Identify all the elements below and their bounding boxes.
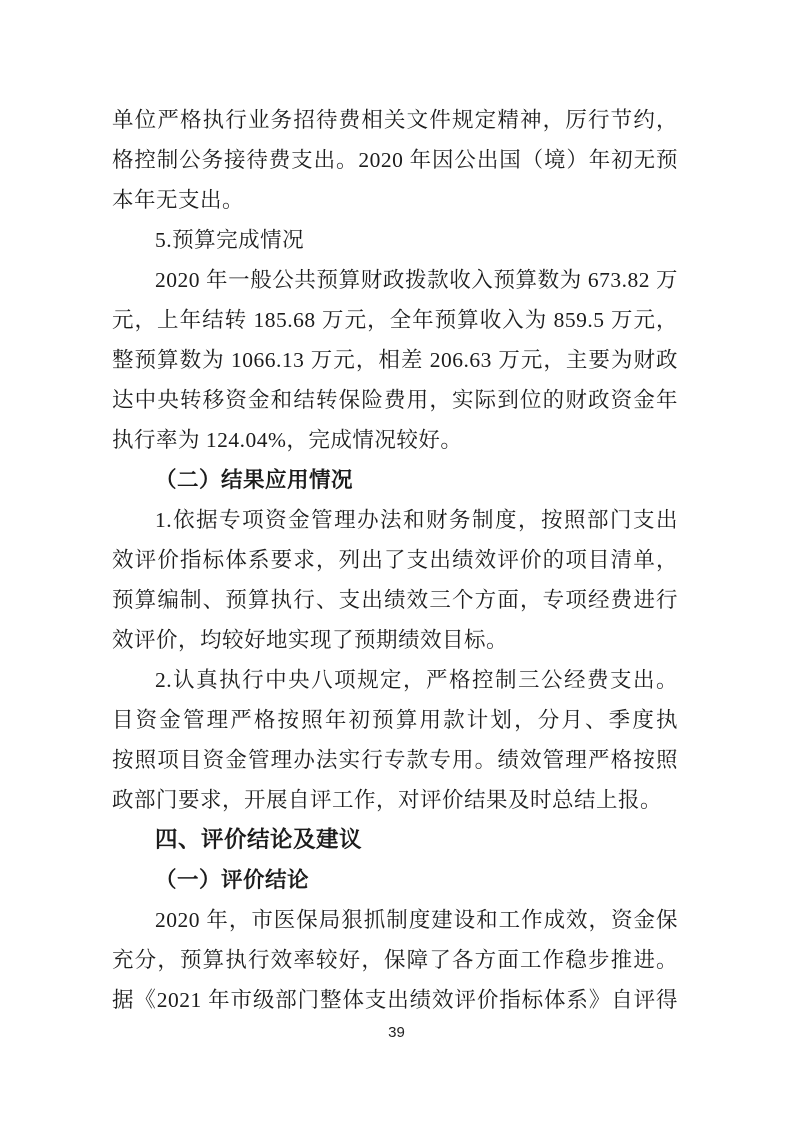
document-page: 单位严格执行业务招待费相关文件规定精神，厉行节约，严格控制公务接待费支出。202…: [0, 0, 793, 1122]
text-line: 效评价指标体系要求，列出了支出绩效评价的项目清单，从: [112, 540, 678, 580]
text-line: 2020 年，市医保局狠抓制度建设和工作成效，资金保障: [112, 900, 678, 940]
text-line: 整预算数为 1066.13 万元，相差 206.63 万元，主要为财政下: [112, 340, 678, 380]
text-line: 本年无支出。: [112, 180, 678, 220]
text-line: 2020 年一般公共预算财政拨款收入预算数为 673.82 万: [112, 260, 678, 300]
page-number: 39: [0, 1022, 793, 1044]
text-line: 据《2021 年市级部门整体支出绩效评价指标体系》自评得分: [112, 980, 678, 1020]
text-line: 元，上年结转 185.68 万元，全年预算收入为 859.5 万元，调: [112, 300, 678, 340]
text-line: 5.预算完成情况: [112, 220, 678, 260]
text-line: 单位严格执行业务招待费相关文件规定精神，厉行节约，严: [112, 100, 678, 140]
text-line: 充分，预算执行效率较好，保障了各方面工作稳步推进。根: [112, 940, 678, 980]
text-block: 单位严格执行业务招待费相关文件规定精神，厉行节约，严格控制公务接待费支出。202…: [112, 100, 678, 1020]
text-line: 四、评价结论及建议: [112, 820, 678, 860]
text-line: 预算编制、预算执行、支出绩效三个方面，专项经费进行绩: [112, 580, 678, 620]
text-line: （二）结果应用情况: [112, 460, 678, 500]
text-line: 格控制公务接待费支出。2020 年因公出国（境）年初无预算，: [112, 140, 678, 180]
text-line: 执行率为 124.04%，完成情况较好。: [112, 420, 678, 460]
text-line: 按照项目资金管理办法实行专款专用。绩效管理严格按照财: [112, 740, 678, 780]
text-line: 效评价，均较好地实现了预期绩效目标。: [112, 620, 678, 660]
text-line: （一）评价结论: [112, 860, 678, 900]
text-line: 2.认真执行中央八项规定，严格控制三公经费支出。项: [112, 660, 678, 700]
text-line: 1.依据专项资金管理办法和财务制度，按照部门支出绩: [112, 500, 678, 540]
text-line: 政部门要求，开展自评工作，对评价结果及时总结上报。: [112, 780, 678, 820]
text-line: 目资金管理严格按照年初预算用款计划，分月、季度执行，: [112, 700, 678, 740]
text-line: 达中央转移资金和结转保险费用，实际到位的财政资金年度: [112, 380, 678, 420]
